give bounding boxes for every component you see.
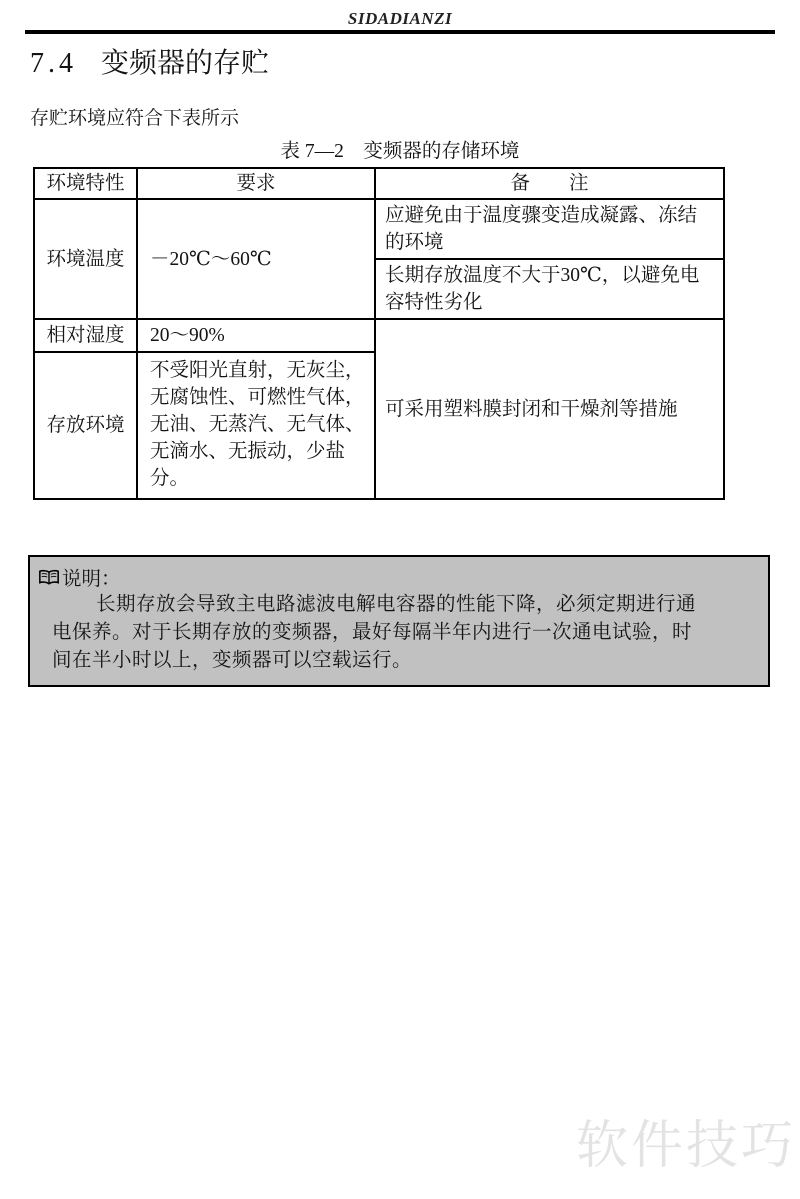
cell-temperature-note1: 应避免由于温度骤变造成凝露、冻结的环境	[375, 199, 724, 259]
header-cell-requirement: 要求	[137, 168, 375, 199]
manual-page: SIDADIANZI 7.4变频器的存贮 存贮环境应符合下表所示 表 7—2 变…	[0, 0, 800, 1199]
brand-text: SIDADIANZI	[348, 9, 452, 28]
cell-humidity-feature: 相对湿度	[34, 319, 137, 352]
note-label: 说明：	[62, 563, 121, 591]
note-line-3: 间在半小时以上，变频器可以空载运行。	[52, 647, 758, 675]
note-line-2: 电保养。对于长期存放的变频器，最好每隔半年内进行一次通电试验，时	[52, 619, 758, 647]
intro-text: 存贮环境应符合下表所示	[30, 108, 800, 130]
section-number: 7.4	[30, 48, 77, 79]
cell-shared-note: 可采用塑料膜封闭和干燥剂等措施	[375, 319, 724, 499]
header-divider	[25, 30, 775, 34]
open-book-icon	[38, 569, 60, 586]
cell-humidity-requirement: 20～90%	[137, 319, 375, 352]
header-cell-feature: 环境特性	[34, 168, 137, 199]
table-header-row: 环境特性 要求 备 注	[34, 168, 724, 199]
storage-environment-table: 环境特性 要求 备 注 环境温度 －20℃～60℃ 应避免由于温度骤变造成凝露、…	[33, 167, 725, 500]
cell-temperature-note2: 长期存放温度不大于30℃，以避免电容特性劣化	[375, 259, 724, 319]
table-row-temperature: 环境温度 －20℃～60℃ 应避免由于温度骤变造成凝露、冻结的环境	[34, 199, 724, 259]
cell-temperature-feature: 环境温度	[34, 199, 137, 319]
section-title: 7.4变频器的存贮	[30, 47, 800, 81]
note-box: 说明： 长期存放会导致主电路滤波电解电容器的性能下降，必须定期进行通 电保养。对…	[28, 555, 770, 687]
page-header: SIDADIANZI	[0, 0, 800, 29]
table-caption: 表 7—2 变频器的存储环境	[0, 140, 800, 163]
section-title-text: 变频器的存贮	[101, 48, 269, 79]
table-row-humidity: 相对湿度 20～90% 可采用塑料膜封闭和干燥剂等措施	[34, 319, 724, 352]
cell-storage-requirement: 不受阳光直射，无灰尘，无腐蚀性、可燃性气体，无油、无蒸汽、无气体、无滴水、无振动…	[137, 352, 375, 499]
note-line-1: 长期存放会导致主电路滤波电解电容器的性能下降，必须定期进行通	[52, 591, 758, 619]
cell-temperature-requirement: －20℃～60℃	[137, 199, 375, 319]
header-cell-note: 备 注	[375, 168, 724, 199]
note-label-row: 说明：	[38, 563, 758, 591]
watermark-text: 软件技巧	[576, 1103, 796, 1178]
cell-storage-feature: 存放环境	[34, 352, 137, 499]
